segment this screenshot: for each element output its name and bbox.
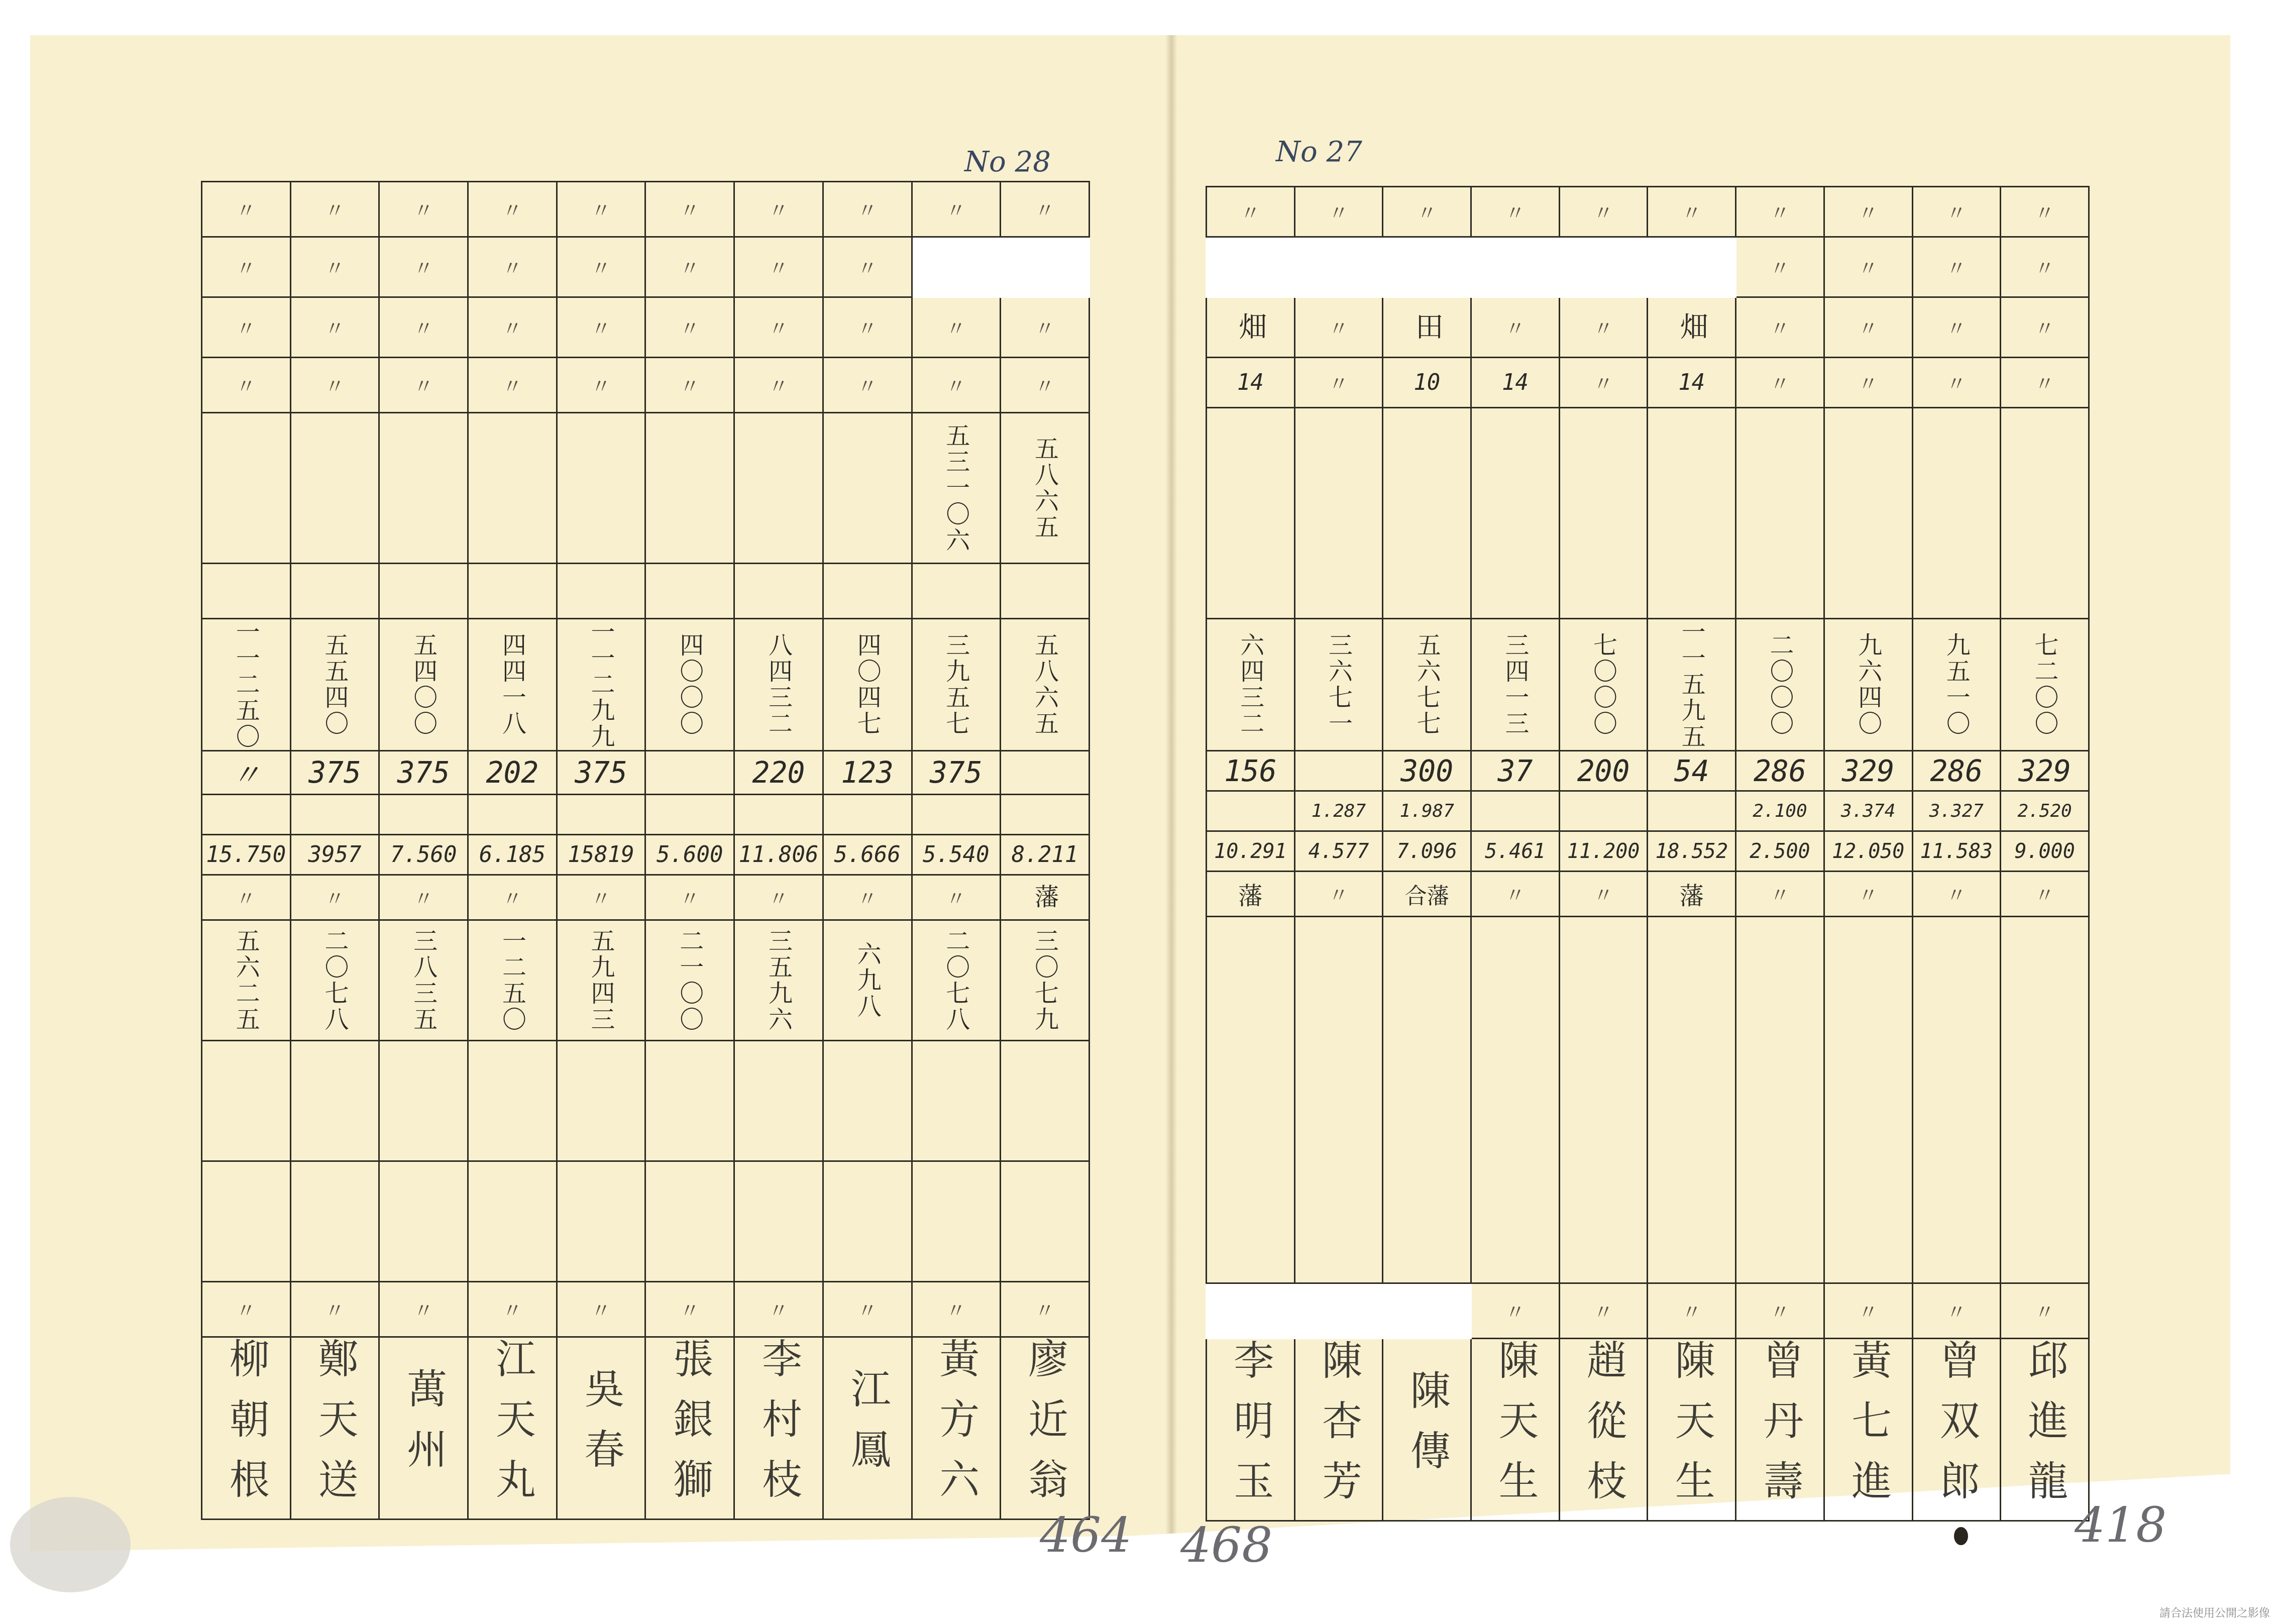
cell: 〃 [734, 297, 823, 358]
owner-name: 吳春 [557, 1337, 645, 1520]
cell [202, 413, 291, 564]
cell: 〃 [912, 1282, 1001, 1337]
table-row: 〃 〃 〃 〃 〃 〃 〃 〃 〃 〃 [202, 358, 1090, 413]
cell: 九五一〇 [1912, 619, 2001, 751]
table-row: 10.291 4.577 7.096 5.461 11.200 18.552 2… [1207, 831, 2089, 872]
cell: 15819 [557, 835, 645, 875]
cell: 5.666 [823, 835, 912, 875]
cell: 二〇七八 [290, 920, 379, 1041]
cell: 11.583 [1912, 831, 2001, 872]
cell: 藩 [1207, 872, 1295, 917]
table-row: 156 300 37 200 54 286 329 286 329 [1207, 751, 2089, 791]
cell: 三八三五 [379, 920, 468, 1041]
cell: 375 [290, 751, 379, 795]
owner-name: 陳天生 [1648, 1339, 1736, 1521]
cell: 375 [557, 751, 645, 795]
redacted-block [912, 237, 1090, 297]
table-row: 〃 〃 〃 〃 〃 〃 〃 〃 〃 〃 [1207, 187, 2089, 237]
cell: 六四三二 [1207, 619, 1295, 751]
cell: 〃 [557, 875, 645, 920]
cell: 六九八 [823, 920, 912, 1041]
cell: 四〇四七 [823, 619, 912, 751]
table-row [202, 564, 1090, 619]
cell: 〃 [290, 358, 379, 413]
cell: 3.374 [1824, 791, 1912, 831]
owner-name: 張銀獅 [645, 1337, 734, 1520]
archive-logo-icon [10, 1497, 131, 1592]
cell: 七二〇〇 [2001, 619, 2089, 751]
cell: 〃 [557, 237, 645, 297]
table-row: 六四三二 三六七一 五六七七 三四一三 七〇〇〇 一一五九五 二〇〇〇 九六四〇… [1207, 619, 2089, 751]
cell: 〃 [202, 1282, 291, 1337]
cell: 〃 [823, 358, 912, 413]
cell: 〃 [1207, 187, 1295, 237]
cell: 375 [912, 751, 1001, 795]
cell: 〃 [2001, 237, 2089, 297]
cell [823, 413, 912, 564]
cell: 〃 [379, 182, 468, 237]
cell: 〃 [1471, 187, 1560, 237]
cell: 2.100 [1736, 791, 1824, 831]
cell: 五六二五 [202, 920, 291, 1041]
cell: 〃 [1912, 358, 2001, 408]
table-row [1207, 917, 2089, 1283]
cell: 〃 [2001, 187, 2089, 237]
cell: 7.096 [1383, 831, 1471, 872]
cell: 〃 [202, 875, 291, 920]
cell: 五四〇〇 [379, 619, 468, 751]
cell: 九六四〇 [1824, 619, 1912, 751]
cell: 〃 [202, 297, 291, 358]
cell: 四四一八 [468, 619, 557, 751]
cell: 〃 [290, 237, 379, 297]
cell: 〃 [1912, 1283, 2001, 1339]
cell: 〃 [823, 1282, 912, 1337]
cell: 5.461 [1471, 831, 1560, 872]
cell: 〃 [912, 358, 1001, 413]
owner-name: 曾丹壽 [1736, 1339, 1824, 1521]
cell [1001, 751, 1090, 795]
cell [1648, 791, 1736, 831]
cell: 3957 [290, 835, 379, 875]
table-row: 15.750 3957 7.560 6.185 15819 5.600 11.8… [202, 835, 1090, 875]
cell: 〃 [1383, 187, 1471, 237]
redacted-block [1207, 237, 1736, 297]
cell: 二〇〇〇 [1736, 619, 1824, 751]
cell: 〃 [1824, 237, 1912, 297]
cell: 〃 [912, 875, 1001, 920]
cell: 畑 [1207, 297, 1295, 358]
cell: 〃 [1824, 297, 1912, 358]
cell: 二〇七八 [912, 920, 1001, 1041]
cell: 一一二九九 [557, 619, 645, 751]
cell: 4.577 [1294, 831, 1383, 872]
cell: 四〇〇〇 [645, 619, 734, 751]
cell: 12.050 [1824, 831, 1912, 872]
cell: 〃 [1736, 297, 1824, 358]
cell: 〃 [202, 237, 291, 297]
table-row: 〃 〃 〃 〃 〃 〃 〃 〃 〃 〃 [202, 297, 1090, 358]
cell: 3.327 [1912, 791, 2001, 831]
cell [1207, 791, 1295, 831]
cell: 123 [823, 751, 912, 795]
cell: 375 [379, 751, 468, 795]
cell: 〃 [1559, 872, 1648, 917]
cell [379, 413, 468, 564]
cell: 〃 [734, 875, 823, 920]
table-row: 一一二五〇 五五四〇 五四〇〇 四四一八 一一二九九 四〇〇〇 八四三二 四〇四… [202, 619, 1090, 751]
cell: 〃 [1294, 297, 1383, 358]
cell: 〃 [823, 875, 912, 920]
cell: 〃 [557, 1282, 645, 1337]
cell: 〃 [1736, 358, 1824, 408]
table-row: 五六二五 二〇七八 三八三五 一二五〇 五九四三 二一〇〇 三五九六 六九八 二… [202, 920, 1090, 1041]
pencil-note: 418 [2075, 1497, 2166, 1553]
cell [557, 413, 645, 564]
cell: 〃 [468, 297, 557, 358]
cell: 〃 [290, 875, 379, 920]
cell: 2.520 [2001, 791, 2089, 831]
table-row: 李明玉 陳杏芳 陳傳 陳天生 趙從枝 陳天生 曾丹壽 黃七進 曾双郎 邱進龍 [1207, 1339, 2089, 1521]
cell: 〃 [823, 237, 912, 297]
owner-name: 趙從枝 [1559, 1339, 1648, 1521]
cell: 6.185 [468, 835, 557, 875]
cell: 二一〇〇 [645, 920, 734, 1041]
cell [468, 413, 557, 564]
cell: 〃 [645, 358, 734, 413]
ink-spot [1954, 1527, 1968, 1545]
table-row: 14 〃 10 14 〃 14 〃 〃 〃 〃 [1207, 358, 2089, 408]
owner-name: 陳杏芳 [1294, 1339, 1383, 1521]
cell: 〃 [379, 358, 468, 413]
cell: 〃 [1559, 187, 1648, 237]
cell: 329 [1824, 751, 1912, 791]
cell: 〃 [734, 237, 823, 297]
cell: 〃 [1294, 187, 1383, 237]
cell: 〃 [1559, 297, 1648, 358]
right-ledger-table: 〃 〃 〃 〃 〃 〃 〃 〃 〃 〃 〃 〃 〃 〃 畑 〃 田 〃 〃 畑 … [1206, 186, 2090, 1522]
cell: 〃 [912, 182, 1001, 237]
cell: 11.200 [1559, 831, 1648, 872]
cell: 〃 [2001, 358, 2089, 408]
cell: 五五四〇 [290, 619, 379, 751]
cell [1559, 791, 1648, 831]
cell: 〃 [202, 358, 291, 413]
owner-name: 陳天生 [1471, 1339, 1560, 1521]
cell: 藩 [1001, 875, 1090, 920]
cell: 一二五〇 [468, 920, 557, 1041]
cell: 7.560 [379, 835, 468, 875]
cell: 〃 [2001, 872, 2089, 917]
cell: 五六七七 [1383, 619, 1471, 751]
cell: 14 [1471, 358, 1560, 408]
cell: 〃 [734, 358, 823, 413]
cell: 〃 [1736, 187, 1824, 237]
cell: 329 [2001, 751, 2089, 791]
cell: 〃 [1471, 872, 1560, 917]
cell: 14 [1207, 358, 1295, 408]
cell: 〃 [1824, 187, 1912, 237]
cell: 202 [468, 751, 557, 795]
cell: 〃 [290, 1282, 379, 1337]
cell: 〃 [1824, 872, 1912, 917]
watermark-text: 請合法使用公開之影像 [2159, 1604, 2270, 1620]
owner-name: 李明玉 [1207, 1339, 1295, 1521]
cell: 1.987 [1383, 791, 1471, 831]
table-row: 1.287 1.987 2.100 3.374 3.327 2.520 [1207, 791, 2089, 831]
left-page-number: No 28 [964, 146, 1051, 178]
cell: 〃 [1001, 297, 1090, 358]
right-page-number: No 27 [1276, 136, 1362, 168]
cell: 藩 [1648, 872, 1736, 917]
cell: 8.211 [1001, 835, 1090, 875]
cell: 〃 [468, 1282, 557, 1337]
cell: 〃 [468, 358, 557, 413]
owner-name: 江天丸 [468, 1337, 557, 1520]
owner-name: 曾双郎 [1912, 1339, 2001, 1521]
cell [290, 413, 379, 564]
cell: 〃 [645, 875, 734, 920]
cell: 七〇〇〇 [1559, 619, 1648, 751]
left-ledger-table: 〃 〃 〃 〃 〃 〃 〃 〃 〃 〃 〃 〃 〃 〃 〃 〃 〃 〃 〃 〃 … [201, 181, 1090, 1520]
table-row: 〃 〃 〃 〃 〃 〃 〃 〃 [202, 237, 1090, 297]
cell: 〃 [1648, 187, 1736, 237]
cell [734, 413, 823, 564]
cell: 〃 [379, 237, 468, 297]
cell: 18.552 [1648, 831, 1736, 872]
owner-name: 黃方六 [912, 1337, 1001, 1520]
cell: 37 [1471, 751, 1560, 791]
cell: 〃 [379, 875, 468, 920]
owner-name: 萬州 [379, 1337, 468, 1520]
cell: 54 [1648, 751, 1736, 791]
cell: 〃 [1648, 1283, 1736, 1339]
cell: 〃 [734, 182, 823, 237]
cell: 三四一三 [1471, 619, 1560, 751]
cell: 三六七一 [1294, 619, 1383, 751]
cell: 〃 [823, 297, 912, 358]
cell: 〃 [734, 1282, 823, 1337]
cell: 五八六五 [1001, 619, 1090, 751]
cell: 〃 [1001, 182, 1090, 237]
cell: 〃 [202, 182, 291, 237]
table-row: 〃 〃 〃 〃 〃 〃 〃 〃 〃 〃 [202, 1282, 1090, 1337]
cell: 〃 [912, 297, 1001, 358]
table-row [1207, 408, 2089, 619]
cell: 〃 [1824, 358, 1912, 408]
cell: 五八六五 [1001, 413, 1090, 564]
pencil-note: 468 [1180, 1517, 1272, 1573]
cell: 〃 [1559, 358, 1648, 408]
cell: 〃 [1471, 1283, 1560, 1339]
cell: 2.500 [1736, 831, 1824, 872]
table-row: 〃 〃 〃 〃 [1207, 237, 2089, 297]
cell: 〃 [557, 358, 645, 413]
cell: 〃 [379, 297, 468, 358]
owner-name: 陳傳 [1383, 1339, 1471, 1521]
table-row: 〃 375 375 202 375 220 123 375 [202, 751, 1090, 795]
cell: 〃 [823, 182, 912, 237]
cell: 5.600 [645, 835, 734, 875]
cell: 〃 [1912, 187, 2001, 237]
cell: 畑 [1648, 297, 1736, 358]
table-row [202, 1041, 1090, 1161]
table-row [202, 1161, 1090, 1282]
cell: 10.291 [1207, 831, 1295, 872]
cell: 286 [1736, 751, 1824, 791]
owner-name: 黃七進 [1824, 1339, 1912, 1521]
cell: 三五九六 [734, 920, 823, 1041]
cell: 〃 [1001, 1282, 1090, 1337]
cell: 合藩 [1383, 872, 1471, 917]
cell: 14 [1648, 358, 1736, 408]
cell: 200 [1559, 751, 1648, 791]
cell: 一一二五〇 [202, 619, 291, 751]
cell: 〃 [1912, 297, 2001, 358]
owner-name: 邱進龍 [2001, 1339, 2089, 1521]
cell: 〃 [1736, 872, 1824, 917]
cell: 三九五七 [912, 619, 1001, 751]
cell: 〃 [1736, 237, 1824, 297]
cell: 三〇七九 [1001, 920, 1090, 1041]
cell [645, 413, 734, 564]
cell: 〃 [2001, 1283, 2089, 1339]
table-row: 〃 〃 〃 〃 〃 〃 〃 〃 〃 〃 [202, 182, 1090, 237]
cell: 〃 [645, 297, 734, 358]
cell: 〃 [468, 875, 557, 920]
cell: 〃 [1471, 297, 1560, 358]
cell: 八四三二 [734, 619, 823, 751]
pencil-note: 464 [1040, 1507, 1132, 1563]
table-row: 畑 〃 田 〃 〃 畑 〃 〃 〃 〃 [1207, 297, 2089, 358]
cell: 〃 [1294, 358, 1383, 408]
cell: 〃 [645, 1282, 734, 1337]
cell [645, 751, 734, 795]
owner-name: 柳朝根 [202, 1337, 291, 1520]
table-row: 藩 〃 合藩 〃 〃 藩 〃 〃 〃 〃 [1207, 872, 2089, 917]
cell: 5.540 [912, 835, 1001, 875]
cell: 〃 [1736, 1283, 1824, 1339]
cell: 〃 [468, 237, 557, 297]
cell: 〃 [379, 1282, 468, 1337]
cell: 〃 [1824, 1283, 1912, 1339]
cell: 220 [734, 751, 823, 795]
table-row: 柳朝根 鄭天送 萬州 江天丸 吳春 張銀獅 李村枝 江鳳 黃方六 廖近翁 [202, 1337, 1090, 1520]
cell: 一一五九五 [1648, 619, 1736, 751]
cell: 〃 [468, 182, 557, 237]
cell: 〃 [290, 182, 379, 237]
cell [1294, 751, 1383, 791]
cell: 10 [1383, 358, 1471, 408]
cell: 286 [1912, 751, 2001, 791]
cell: 〃 [290, 297, 379, 358]
table-row: 〃 〃 〃 〃 〃 〃 〃 [1207, 1283, 2089, 1339]
cell [1471, 791, 1560, 831]
table-row [202, 795, 1090, 835]
cell: 〃 [1912, 237, 2001, 297]
cell: 〃 [557, 182, 645, 237]
cell: 9.000 [2001, 831, 2089, 872]
cell: 五九四三 [557, 920, 645, 1041]
table-row: 〃 〃 〃 〃 〃 〃 〃 〃 〃 藩 [202, 875, 1090, 920]
cell: 1.287 [1294, 791, 1383, 831]
cell: 〃 [202, 751, 291, 795]
owner-name: 鄭天送 [290, 1337, 379, 1520]
owner-name: 李村枝 [734, 1337, 823, 1520]
table-row: 五三一〇六 五八六五 [202, 413, 1090, 564]
owner-name: 江鳳 [823, 1337, 912, 1520]
cell: 五三一〇六 [912, 413, 1001, 564]
cell: 〃 [645, 182, 734, 237]
cell: 〃 [645, 237, 734, 297]
redacted-block [1207, 1283, 1471, 1339]
cell: 300 [1383, 751, 1471, 791]
cell: 15.750 [202, 835, 291, 875]
cell: 〃 [1559, 1283, 1648, 1339]
cell: 〃 [1912, 872, 2001, 917]
cell: 〃 [1001, 358, 1090, 413]
cell: 〃 [557, 297, 645, 358]
cell: 〃 [1294, 872, 1383, 917]
owner-name: 廖近翁 [1001, 1337, 1090, 1520]
cell: 11.806 [734, 835, 823, 875]
cell: 156 [1207, 751, 1295, 791]
cell: 〃 [2001, 297, 2089, 358]
cell: 田 [1383, 297, 1471, 358]
